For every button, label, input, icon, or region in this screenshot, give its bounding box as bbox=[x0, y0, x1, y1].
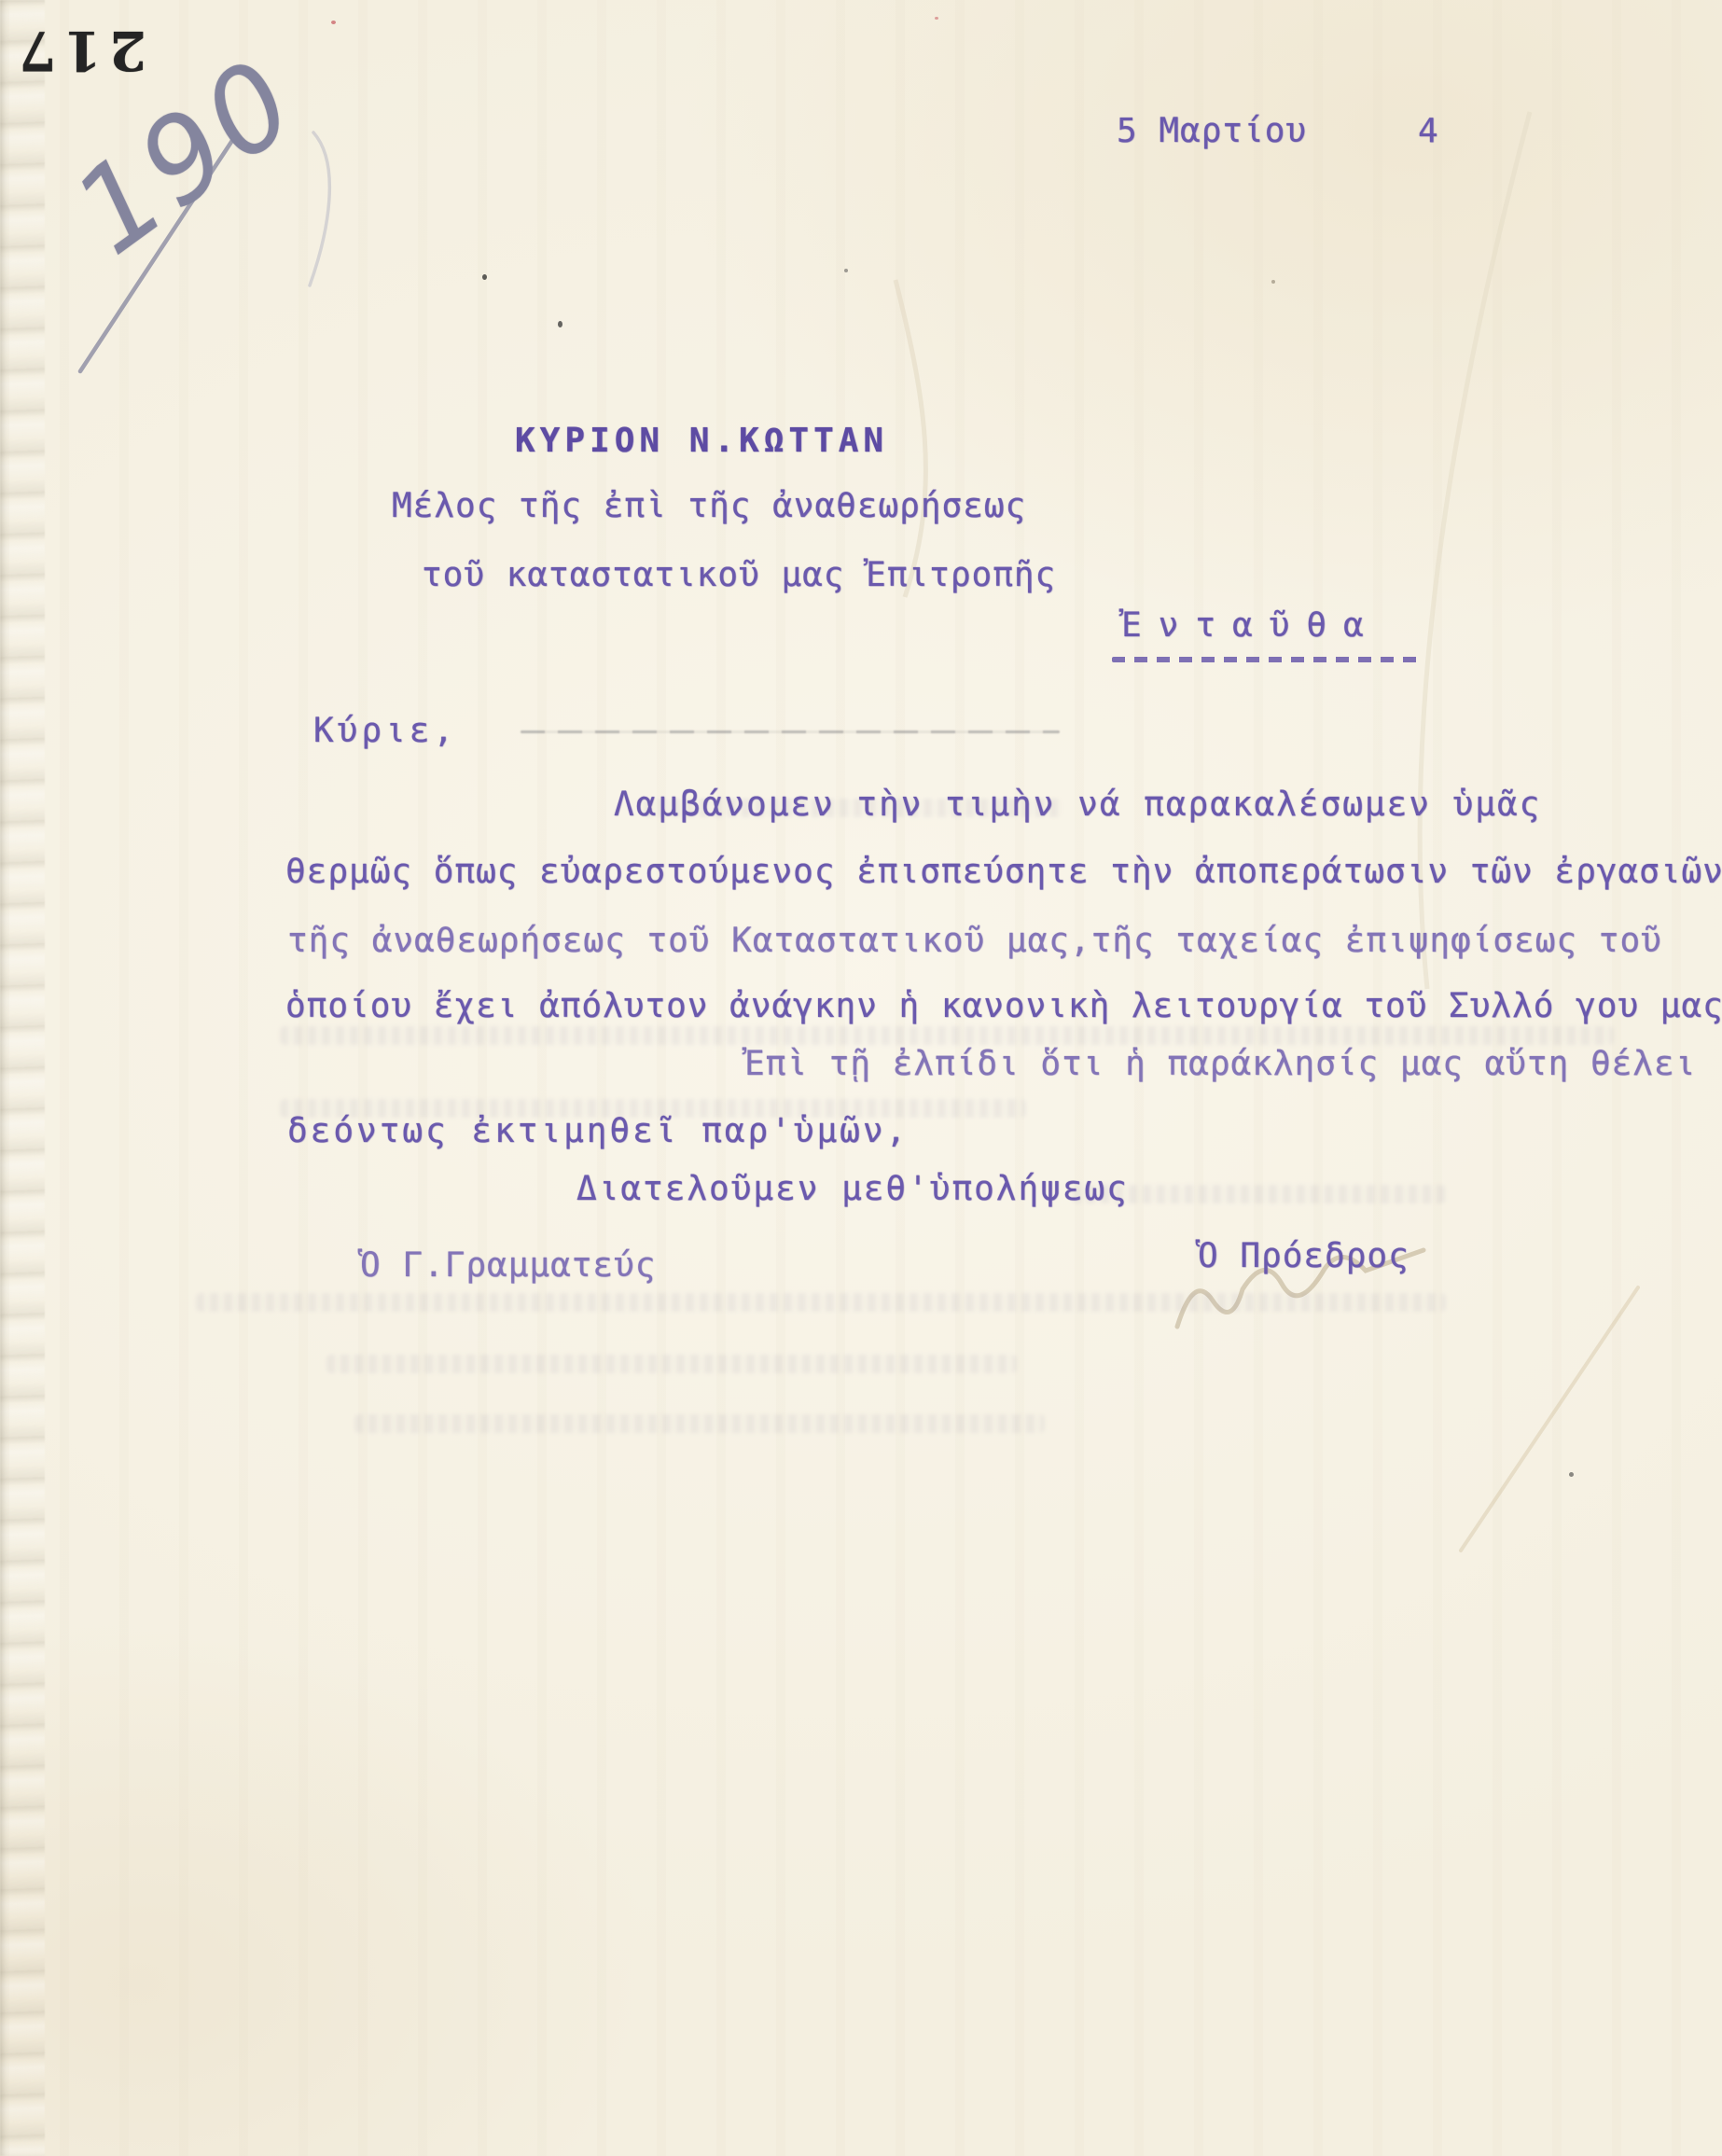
bleedthrough-ghost-text bbox=[196, 1293, 1446, 1312]
scanned-letter-page: 217 190 5 Μαρτίου 4 ΚΥΡΙΟΝ Ν.ΚΩΤΤΑΝ Μέλο… bbox=[0, 0, 1722, 2156]
recipient-name: ΚΥΡΙΟΝ Ν.ΚΩΤΤΑΝ bbox=[515, 422, 888, 460]
secretary-signature-title: Ὁ Γ.Γραμματεύς bbox=[360, 1246, 656, 1285]
bleedthrough-ghost-text bbox=[354, 1414, 1045, 1433]
faint-diagonal-scratch bbox=[1461, 1287, 1638, 1551]
closing-formula: Διατελοῦμεν μεθ'ὑπολήψεως bbox=[576, 1170, 1129, 1208]
ink-speck bbox=[844, 269, 848, 272]
ink-speck bbox=[482, 274, 487, 280]
paper-speck bbox=[1271, 280, 1275, 284]
red-speck bbox=[935, 17, 938, 20]
paper-fold-line bbox=[896, 280, 925, 597]
recipient-title-line2: τοῦ καταστατικοῦ μας Ἐπιτροπῆς bbox=[422, 556, 1056, 594]
body-line: ὁποίου ἔχει ἀπόλυτον ἀνάγκην ἡ κανονικὴ … bbox=[285, 987, 1722, 1025]
faint-pencil-rule bbox=[521, 730, 1060, 733]
body-line: Ἐπὶ τῇ ἐλπίδι ὅτι ἡ παράκλησίς μας αὕτη … bbox=[744, 1045, 1696, 1083]
faint-pencil-curve bbox=[310, 132, 329, 285]
date-text: 5 Μαρτίου bbox=[1117, 112, 1307, 150]
bleedthrough-ghost-text bbox=[1073, 1185, 1446, 1203]
president-signature-title: Ὁ Πρόεδρος bbox=[1198, 1237, 1410, 1275]
ink-speck bbox=[1569, 1472, 1574, 1477]
ink-speck bbox=[558, 321, 562, 327]
bleedthrough-ghost-text bbox=[326, 1355, 1017, 1373]
paper-crumpled-edge bbox=[0, 0, 45, 2156]
body-line: θερμῶς ὅπως εὐαρεστούμενος ἐπισπεύσητε τ… bbox=[285, 853, 1722, 891]
red-speck bbox=[331, 21, 336, 24]
location-dashed-underline bbox=[1112, 657, 1422, 662]
body-line: τῆς ἀναθεωρήσεως τοῦ Καταστατικοῦ μας,τῆ… bbox=[287, 922, 1662, 960]
recipient-title-line1: Μέλος τῆς ἐπὶ τῆς ἀναθεωρήσεως bbox=[392, 487, 1026, 525]
archive-stamp-number: 217 bbox=[11, 19, 146, 82]
location-entautha: Ἐνταῦθα bbox=[1121, 606, 1381, 645]
date-number: 4 bbox=[1418, 112, 1439, 150]
salutation: Κύριε, bbox=[313, 712, 457, 750]
body-line: Λαμβάνομεν τὴν τιμὴν νά παρακαλέσωμεν ὑμ… bbox=[614, 786, 1541, 824]
bleedthrough-ghost-text bbox=[280, 1026, 1614, 1045]
body-line: δεόντως ἐκτιμηθεῖ παρ'ὑμῶν, bbox=[287, 1112, 909, 1150]
